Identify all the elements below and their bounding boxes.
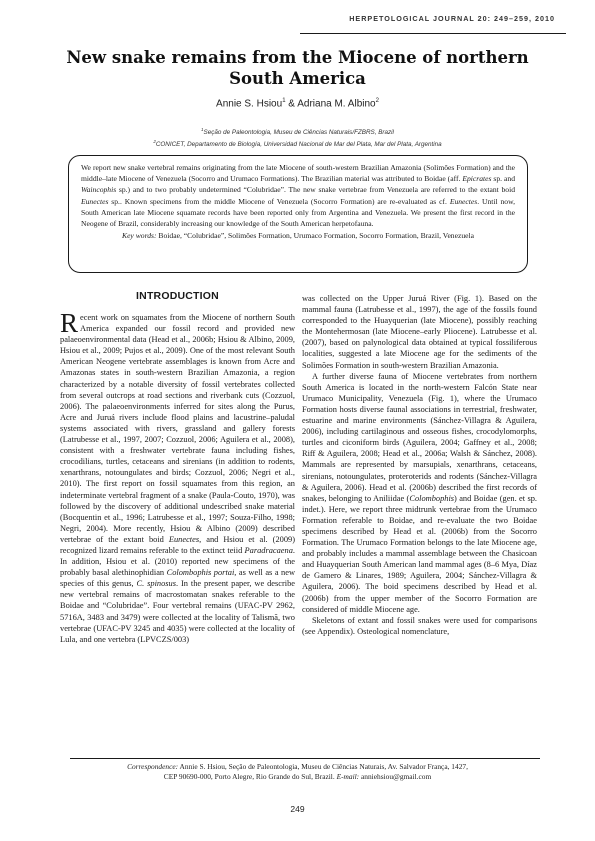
author-2: Adriana M. Albino xyxy=(297,98,375,109)
keywords: Key words: Boidae, “Colubridae”, Solimõe… xyxy=(81,230,515,241)
correspondence-city: CEP 90690-000, Porto Alegre, Rio Grande … xyxy=(164,772,337,781)
author-1: Annie S. Hsiou xyxy=(216,98,282,109)
email-address: anniehsiou@gmail.com xyxy=(359,772,431,781)
drop-cap: R xyxy=(60,313,78,333)
affiliation-1: 1Seção de Paleontologia, Museu de Ciênci… xyxy=(60,127,535,136)
intro-paragraph-3: Skeletons of extant and fossil snakes we… xyxy=(302,615,537,637)
taxon-name: C. spinosus xyxy=(137,579,176,588)
affiliation-1-text: Seção de Paleontologia, Museu de Ciência… xyxy=(204,129,394,136)
affiliation-2-text: CONICET, Departamento de Biología, Unive… xyxy=(156,141,442,148)
taxon-name: Eunectes xyxy=(169,535,199,544)
abstract-text: We report new snake vertebral remains or… xyxy=(81,162,515,229)
header-rule xyxy=(300,33,566,34)
taxon-name: Eunectes xyxy=(81,197,108,206)
keywords-list: Boidae, “Colubridae”, Solimões Formation… xyxy=(157,231,474,240)
page-number: 249 xyxy=(60,804,535,814)
taxon-name: Paradracaena xyxy=(245,546,293,555)
title-line-2: South America xyxy=(60,68,535,89)
affiliation-2: 2CONICET, Departamento de Biología, Univ… xyxy=(60,139,535,148)
title-line-1: New snake remains from the Miocene of no… xyxy=(60,47,535,68)
taxon-name: Colombophis xyxy=(409,494,454,503)
article-title: New snake remains from the Miocene of no… xyxy=(60,47,535,89)
intro-paragraph-1: Recent work on squamates from the Miocen… xyxy=(60,312,295,645)
correspondence-note: Correspondence: Annie S. Hsiou, Seção de… xyxy=(60,762,535,782)
journal-running-header: HERPETOLOGICAL JOURNAL 20: 249–259, 2010 xyxy=(340,14,555,23)
footnote-rule xyxy=(70,758,540,759)
abstract-box: We report new snake vertebral remains or… xyxy=(68,155,528,273)
taxon-name: Epicrates xyxy=(462,174,491,183)
keywords-label: Key words: xyxy=(122,231,157,240)
correspondence-label: Correspondence: xyxy=(127,762,178,771)
body-column-right: was collected on the Upper Juruá River (… xyxy=(302,293,537,637)
author-2-affil-mark: 2 xyxy=(376,98,379,104)
taxon-name: Eunectes xyxy=(450,197,477,206)
body-column-left: INTRODUCTION Recent work on squamates fr… xyxy=(60,291,295,645)
taxon-name: Waincophis xyxy=(81,185,116,194)
intro-paragraph-2: A further diverse fauna of Miocene verte… xyxy=(302,371,537,615)
author-separator: & xyxy=(286,98,298,109)
intro-paragraph-1-continued: was collected on the Upper Juruá River (… xyxy=(302,293,537,371)
author-list: Annie S. Hsiou1 & Adriana M. Albino2 xyxy=(60,98,535,109)
email-label: E-mail: xyxy=(337,772,360,781)
correspondence-address: Annie S. Hsiou, Seção de Paleontologia, … xyxy=(178,762,468,771)
section-heading-introduction: INTRODUCTION xyxy=(60,291,295,304)
taxon-name: Colombophis portai xyxy=(167,568,235,577)
